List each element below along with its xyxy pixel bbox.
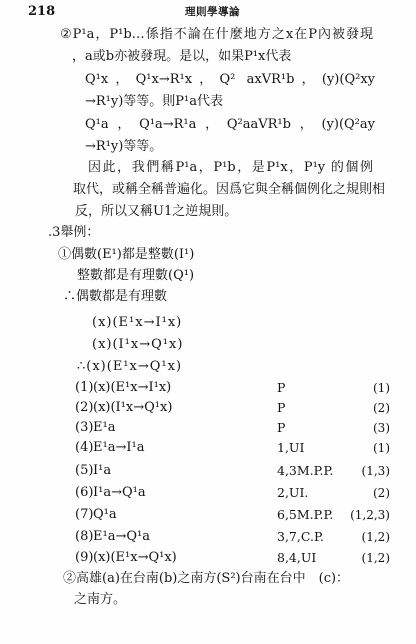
para1-line-5: Q¹a，Q¹a→R¹a，Q²aaVR¹b，(y)(Q²ay (85, 117, 375, 133)
proof-dependencies: (1,2) (362, 550, 390, 566)
proof-formula: I¹a (93, 463, 111, 479)
para1-line-6: →R¹y)等等。 (85, 139, 162, 155)
proof-row: (2) (x)(I¹x→Q¹x) P (2) (75, 400, 395, 416)
proof-formula: E¹a (93, 420, 115, 436)
proof-rule: 6,5M.P.P. (277, 507, 333, 523)
para1-line-4: →R¹y)等等。則P¹a代表 (85, 94, 223, 110)
para2-line-2: 取代，或稱全稱普遍化。因爲它與全稱個例化之規則相 (73, 182, 372, 198)
example1-premise-2: 整數都是有理數(Q¹) (77, 268, 194, 284)
proof-rule: 1,UI (277, 440, 304, 456)
proof-row: (5) I¹a 4,3M.P.P. (1,3) (75, 463, 395, 479)
proof-step-number: (8) (75, 529, 93, 545)
proof-dependencies: (1,2,3) (350, 507, 390, 523)
proof-row: (7) Q¹a 6,5M.P.P. (1,2,3) (75, 507, 395, 523)
para1-line-2: ，a或b亦被發現。是以，如果P¹x代表 (72, 49, 291, 65)
formal-premise-2: (x)(I¹x→Q¹x) (92, 337, 183, 353)
para1-line-3: Q¹x，Q¹x→R¹x，Q² axVR¹b，(y)(Q²xy (85, 72, 375, 88)
proof-rule: 3,7,C.P. (277, 529, 324, 545)
proof-step-number: (2) (75, 400, 93, 416)
proof-step-number: (5) (75, 463, 93, 479)
proof-row: (4) E¹a→I¹a 1,UI (1) (75, 440, 395, 456)
example2-line-1: ②高雄(a)在台南(b)之南方(S²)台南在台中 (c)： (63, 571, 349, 587)
proof-formula: Q¹a (93, 507, 117, 523)
proof-rule: 2,UI. (277, 485, 308, 501)
proof-rule: P (277, 420, 285, 436)
proof-formula: I¹a→Q¹a (93, 485, 146, 501)
proof-dependencies: (1) (373, 380, 390, 396)
proof-rule: P (277, 380, 285, 396)
para2-line-3: 反，所以又稱U1之逆規則。 (75, 204, 237, 220)
proof-step-number: (7) (75, 507, 93, 523)
running-head: 理則學導論 (185, 5, 240, 19)
proof-step-number: (4) (75, 440, 93, 456)
proof-row: (1) (x)(E¹x→I¹x) P (1) (75, 380, 395, 396)
proof-step-number: (1) (75, 380, 93, 396)
proof-formula: E¹a→I¹a (93, 440, 144, 456)
page-number: 218 (28, 4, 55, 20)
proof-formula: (x)(I¹x→Q¹x) (93, 400, 172, 416)
proof-rule: P (277, 400, 285, 416)
example1-conclusion: ∴偶數都是有理數 (63, 289, 167, 305)
proof-dependencies: (2) (373, 485, 390, 501)
section-heading: .3舉例： (48, 225, 99, 241)
proof-rule: 8,4,UI (277, 550, 316, 566)
document-page: 218 理則學導論 ②P¹a，P¹b…係指不論在什麼地方之x在P內被發現 ，a或… (0, 0, 416, 644)
proof-dependencies: (1) (373, 440, 390, 456)
proof-dependencies: (1,2) (362, 529, 390, 545)
para1-line-1: ②P¹a，P¹b…係指不論在什麼地方之x在P內被發現 (60, 27, 373, 43)
example1-premise-1: ①偶數(E¹)都是整數(I¹) (58, 247, 194, 263)
proof-row: (6) I¹a→Q¹a 2,UI. (2) (75, 485, 395, 501)
proof-formula: E¹a→Q¹a (93, 529, 150, 545)
proof-dependencies: (2) (373, 400, 390, 416)
proof-step-number: (3) (75, 420, 93, 436)
para2-line-1: 因此，我們稱P¹a，P¹b，是P¹x，P¹y 的個例 (88, 160, 373, 176)
proof-row: (8) E¹a→Q¹a 3,7,C.P. (1,2) (75, 529, 395, 545)
proof-step-number: (6) (75, 485, 93, 501)
example2-line-2: 之南方。 (74, 592, 126, 608)
formal-premise-1: (x)(E¹x→I¹x) (92, 315, 182, 331)
proof-rule: 4,3M.P.P. (277, 463, 333, 479)
formal-conclusion: ∴(x)(E¹x→Q¹x) (77, 359, 182, 375)
proof-dependencies: (3) (373, 420, 390, 436)
proof-row: (9) (x)(E¹x→Q¹x) 8,4,UI (1,2) (75, 550, 395, 566)
proof-formula: (x)(E¹x→Q¹x) (93, 550, 177, 566)
proof-step-number: (9) (75, 550, 93, 566)
proof-formula: (x)(E¹x→I¹x) (93, 380, 171, 396)
proof-dependencies: (1,3) (362, 463, 390, 479)
proof-row: (3) E¹a P (3) (75, 420, 395, 436)
